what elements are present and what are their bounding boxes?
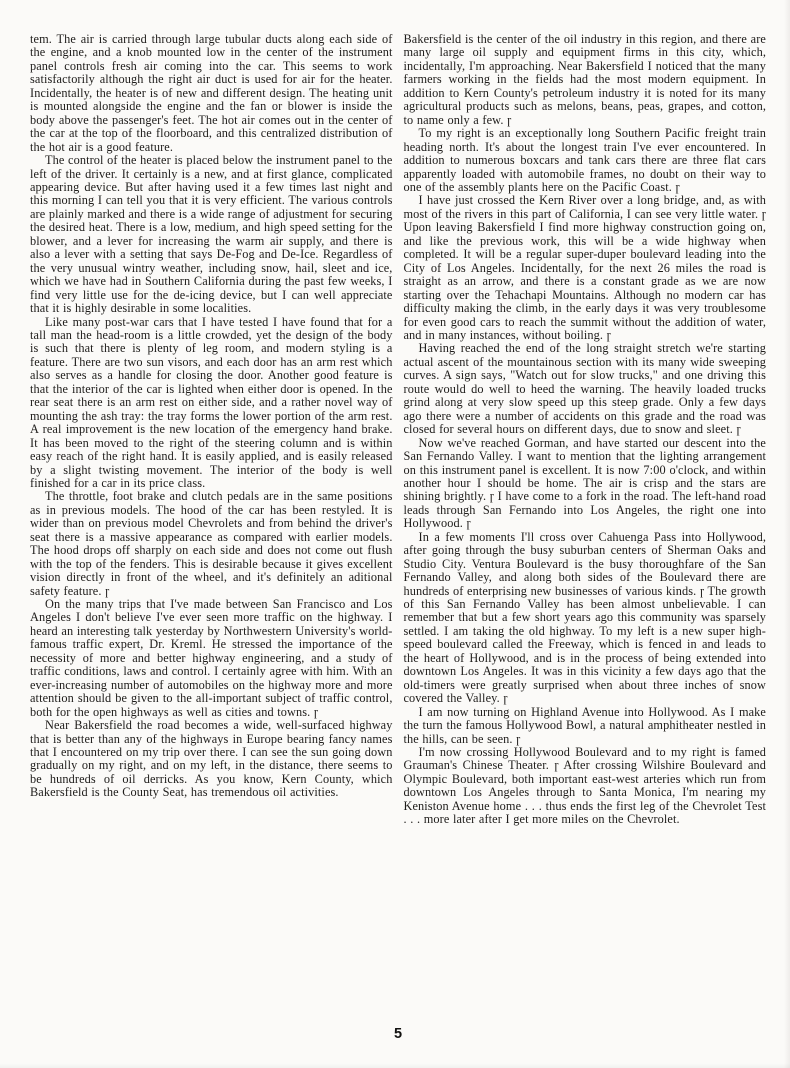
- paragraph: Bakersfield is the center of the oil ind…: [404, 33, 767, 127]
- paragraph: The throttle, foot brake and clutch peda…: [30, 490, 393, 598]
- text-column-right: Bakersfield is the center of the oil ind…: [404, 33, 767, 827]
- paragraph: tem. The air is carried through large tu…: [30, 33, 393, 154]
- paragraph: On the many trips that I've made between…: [30, 598, 393, 719]
- two-column-text-block: tem. The air is carried through large tu…: [30, 33, 766, 827]
- paragraph: The control of the heater is placed belo…: [30, 154, 393, 315]
- paragraph: Now we've reached Gorman, and have start…: [404, 437, 767, 531]
- paragraph: Near Bakersfield the road becomes a wide…: [30, 719, 393, 800]
- paragraph: I have just crossed the Kern River over …: [404, 194, 767, 342]
- page-number: 5: [394, 1026, 402, 1042]
- paragraph: I'm now crossing Hollywood Boulevard and…: [404, 746, 767, 827]
- text-column-left: tem. The air is carried through large tu…: [30, 33, 393, 827]
- paragraph: I am now turning on Highland Avenue into…: [404, 706, 767, 746]
- document-page: tem. The air is carried through large tu…: [0, 0, 790, 1068]
- paragraph: Like many post-war cars that I have test…: [30, 316, 393, 491]
- paragraph: In a few moments I'll cross over Cahueng…: [404, 531, 767, 706]
- paragraph: To my right is an exceptionally long Sou…: [404, 127, 767, 194]
- paragraph: Having reached the end of the long strai…: [404, 342, 767, 436]
